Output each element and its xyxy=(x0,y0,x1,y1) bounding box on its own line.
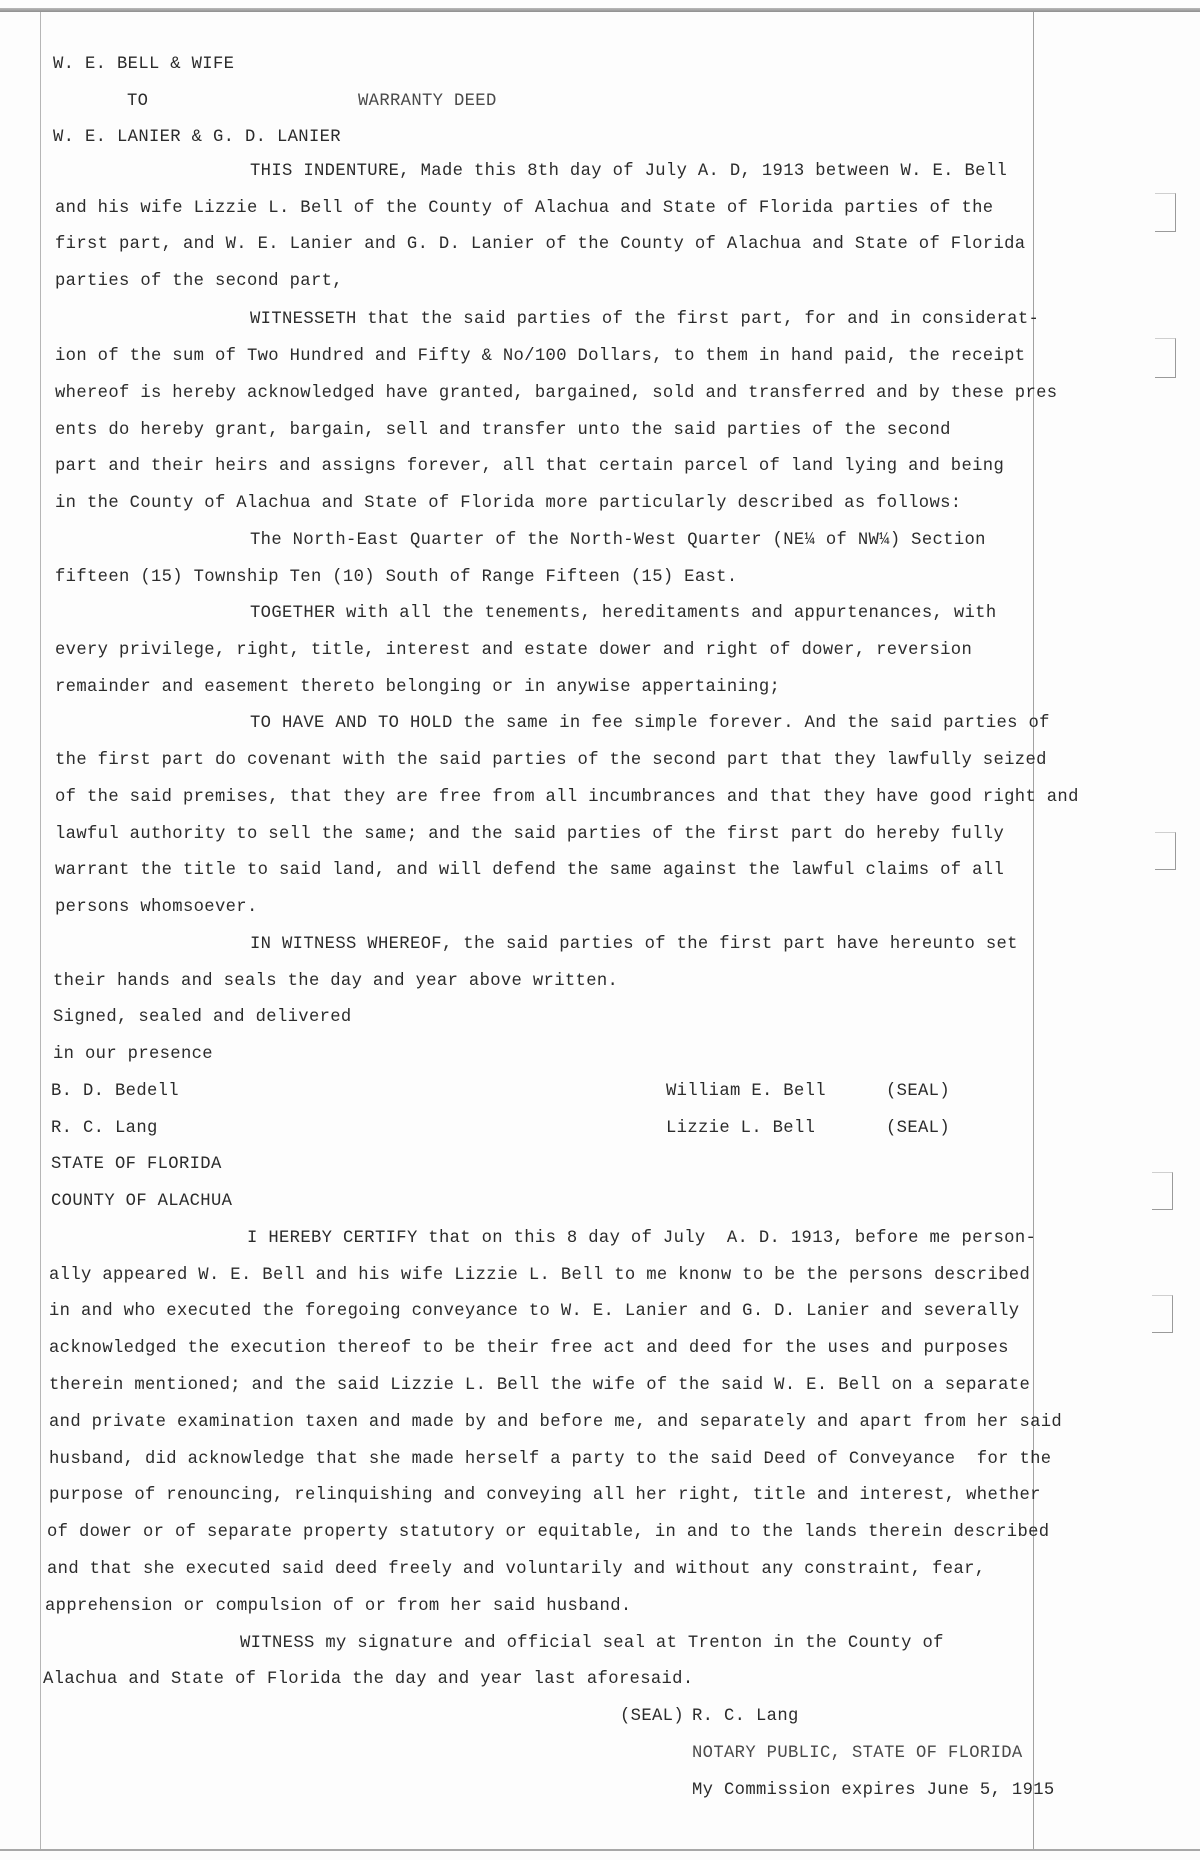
acknowledgment-text-line: ally appeared W. E. Bell and his wife Li… xyxy=(49,1266,1030,1286)
left-margin-rule xyxy=(40,12,41,1849)
deed-text-line: warrant the title to said land, and will… xyxy=(55,861,1004,881)
acknowledgment-text-line: husband, did acknowledge that she made h… xyxy=(49,1450,1051,1470)
acknowledgment-text-line: of dower or of separate property statuto… xyxy=(47,1523,1049,1543)
acknowledgment-text-line: and that she executed said deed freely a… xyxy=(47,1560,985,1580)
scan-bottom-border xyxy=(0,1849,1200,1851)
deed-text-line: lawful authority to sell the same; and t… xyxy=(55,825,1004,845)
acknowledgment-text-line: WITNESS my signature and official seal a… xyxy=(240,1634,944,1654)
deed-text-line: TOGETHER with all the tenements, heredit… xyxy=(250,604,997,624)
acknowledgment-text-line: in and who executed the foregoing convey… xyxy=(49,1302,1019,1322)
scan-top-border xyxy=(0,8,1200,12)
deed-text-line: ents do hereby grant, bargain, sell and … xyxy=(55,421,951,441)
right-margin-rule xyxy=(1033,12,1034,1849)
deed-text-line: every privilege, right, title, interest … xyxy=(55,641,972,661)
deed-text-line: persons whomsoever. xyxy=(55,898,258,918)
deed-text-line: the first part do covenant with the said… xyxy=(55,751,1047,771)
deed-text-line: and his wife Lizzie L. Bell of the Count… xyxy=(55,199,993,219)
witness-name: B. D. Bedell xyxy=(51,1082,179,1102)
seal-label: (SEAL) xyxy=(886,1082,950,1102)
deed-text-line: WITNESSETH that the said parties of the … xyxy=(250,310,1039,330)
margin-bracket-mark xyxy=(1152,1295,1173,1333)
signature-grantor-2: Lizzie L. Bell xyxy=(666,1119,815,1139)
deed-text-line: Signed, sealed and delivered xyxy=(53,1008,352,1028)
deed-text-line: THIS INDENTURE, Made this 8th day of Jul… xyxy=(250,162,1007,182)
deed-text-line: parties of the second part, xyxy=(55,272,343,292)
deed-text-line: of the said premises, that they are free… xyxy=(55,788,1079,808)
notary-commission: My Commission expires June 5, 1915 xyxy=(692,1781,1055,1801)
notary-seal: (SEAL) xyxy=(620,1707,684,1727)
deed-page: W. E. BELL & WIFE TO WARRANTY DEED W. E.… xyxy=(0,0,1200,1860)
acknowledgment-text-line: therein mentioned; and the said Lizzie L… xyxy=(49,1376,1030,1396)
acknowledgment-text-line: apprehension or compulsion of or from he… xyxy=(45,1597,632,1617)
notary-title: NOTARY PUBLIC, STATE OF FLORIDA xyxy=(692,1744,1023,1764)
grantor-caption: W. E. BELL & WIFE xyxy=(53,55,234,75)
deed-text-line: ion of the sum of Two Hundred and Fifty … xyxy=(55,347,1025,367)
deed-text-line: The North-East Quarter of the North-West… xyxy=(250,531,986,551)
acknowledgment-text-line: I HEREBY CERTIFY that on this 8 day of J… xyxy=(247,1229,1036,1249)
deed-text-line: part and their heirs and assigns forever… xyxy=(55,457,1004,477)
venue-line: STATE OF FLORIDA xyxy=(51,1155,222,1175)
deed-text-line: in our presence xyxy=(53,1045,213,1065)
signature-grantor-1: William E. Bell xyxy=(666,1082,826,1102)
deed-text-line: first part, and W. E. Lanier and G. D. L… xyxy=(55,235,1025,255)
deed-text-line: their hands and seals the day and year a… xyxy=(53,972,618,992)
margin-bracket-mark xyxy=(1152,1172,1173,1210)
acknowledgment-text-line: Alachua and State of Florida the day and… xyxy=(43,1670,694,1690)
deed-text-line: whereof is hereby acknowledged have gran… xyxy=(55,384,1057,404)
margin-bracket-mark xyxy=(1155,832,1176,870)
deed-text-line: IN WITNESS WHEREOF, the said parties of … xyxy=(250,935,1018,955)
deed-text-line: fifteen (15) Township Ten (10) South of … xyxy=(55,568,738,588)
to-caption: TO xyxy=(127,92,148,112)
margin-bracket-mark xyxy=(1155,193,1176,232)
acknowledgment-text-line: acknowledged the execution thereof to be… xyxy=(49,1339,1009,1359)
deed-text-line: remainder and easement thereto belonging… xyxy=(55,678,780,698)
venue-line: COUNTY OF ALACHUA xyxy=(51,1192,232,1212)
margin-bracket-mark xyxy=(1155,338,1176,378)
acknowledgment-text-line: and private examination taxen and made b… xyxy=(49,1413,1062,1433)
grantee-caption: W. E. LANIER & G. D. LANIER xyxy=(53,128,341,148)
seal-label: (SEAL) xyxy=(886,1119,950,1139)
deed-text-line: in the County of Alachua and State of Fl… xyxy=(55,494,961,514)
deed-text-line: TO HAVE AND TO HOLD the same in fee simp… xyxy=(250,714,1050,734)
notary-name: R. C. Lang xyxy=(692,1707,799,1727)
document-title: WARRANTY DEED xyxy=(358,92,497,112)
witness-name: R. C. Lang xyxy=(51,1119,158,1139)
acknowledgment-text-line: purpose of renouncing, relinquishing and… xyxy=(49,1486,1041,1506)
